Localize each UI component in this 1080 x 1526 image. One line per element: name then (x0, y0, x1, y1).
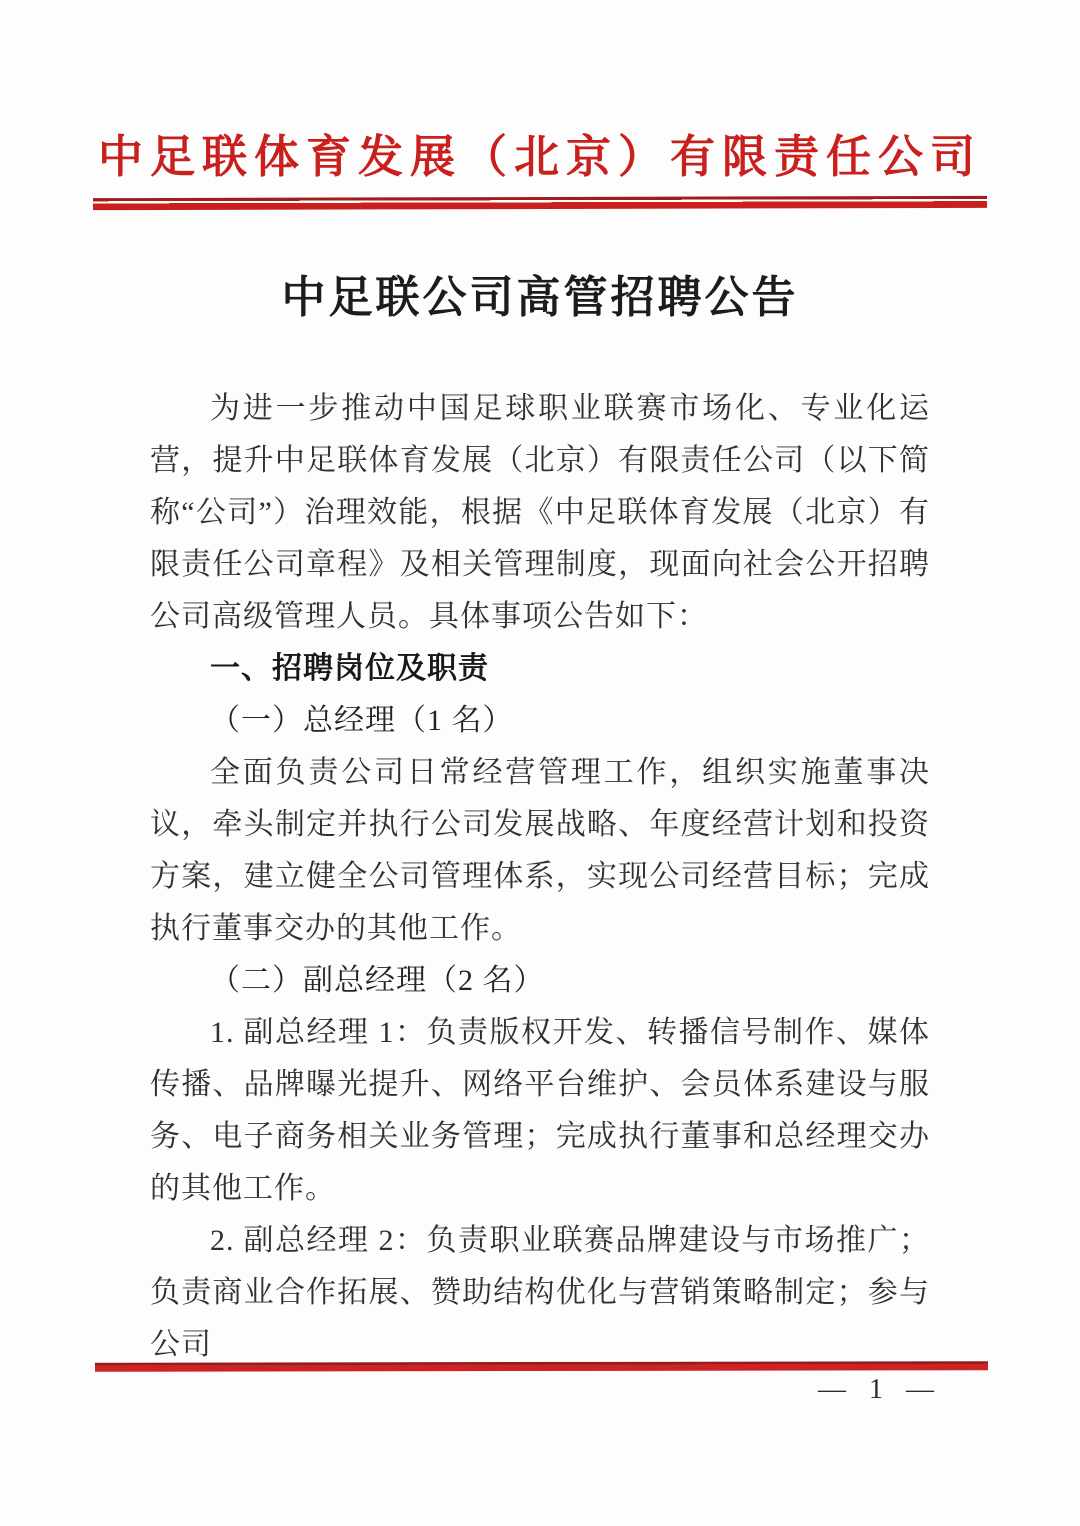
position-deputy-general-manager-heading: （二）副总经理（2 名） (150, 955, 930, 1007)
document-page: 中足联体育发展（北京）有限责任公司 中足联公司高管招聘公告 为进一步推动中国足球… (0, 0, 1080, 1526)
page-number: — 1 — (805, 1374, 955, 1406)
letterhead-divider (93, 196, 987, 210)
section-heading-recruitment-positions: 一、招聘岗位及职责 (150, 643, 930, 695)
letterhead: 中足联体育发展（北京）有限责任公司 (0, 120, 1080, 209)
position-general-manager-duties: 全面负责公司日常经营管理工作，组织实施董事决议，牵头制定并执行公司发展战略、年度… (150, 747, 930, 955)
intro-paragraph: 为进一步推动中国足球职业联赛市场化、专业化运营，提升中足联体育发展（北京）有限责… (150, 383, 930, 643)
document-title: 中足联公司高管招聘公告 (0, 261, 1080, 325)
document-body: 为进一步推动中国足球职业联赛市场化、专业化运营，提升中足联体育发展（北京）有限责… (150, 383, 930, 1371)
deputy-manager-2-duties: 2. 副总经理 2：负责职业联赛品牌建设与市场推广；负责商业合作拓展、赞助结构优… (150, 1215, 930, 1371)
deputy-manager-1-duties: 1. 副总经理 1：负责版权开发、转播信号制作、媒体传播、品牌曝光提升、网络平台… (150, 1007, 930, 1215)
footer-divider (95, 1361, 988, 1372)
company-name: 中足联体育发展（北京）有限责任公司 (60, 120, 1020, 185)
position-general-manager-heading: （一）总经理（1 名） (150, 695, 930, 747)
